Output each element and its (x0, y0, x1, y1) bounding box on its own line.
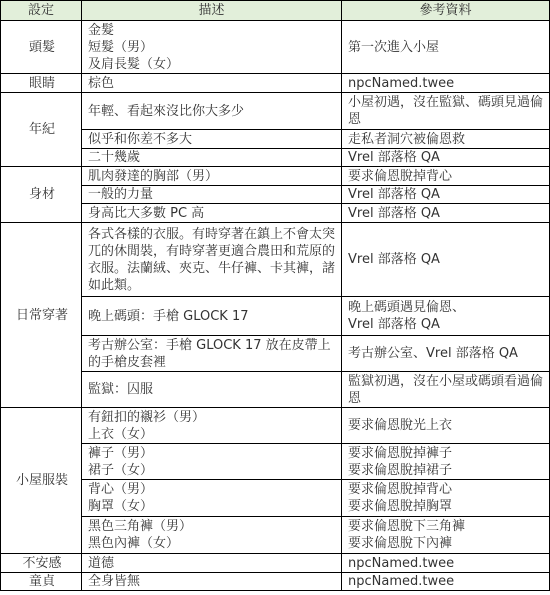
reference-cell: 要求倫恩脫下三角褲要求倫恩脫下內褲 (342, 517, 550, 554)
reference-line: 要求倫恩脫掉背心 (348, 481, 545, 498)
setting-cell: 小屋服裝 (1, 408, 82, 554)
description-line: 上衣（女） (88, 426, 337, 443)
reference-line: Vrel 部落格 QA (348, 205, 545, 222)
header-description: 描述 (82, 1, 342, 21)
description-line: 肌肉發達的胸部（男） (88, 168, 337, 185)
description-cell: 道德 (82, 554, 342, 573)
reference-cell: 監獄初遇，沒在小屋或碼頭看過倫恩 (342, 372, 550, 408)
reference-cell: 要求倫恩脫掉褲子要求倫恩脫掉裙子 (342, 444, 550, 480)
reference-line: npcNamed.twee (348, 573, 545, 590)
reference-line: 要求倫恩脫掉褲子 (348, 445, 545, 462)
reference-line: 要求倫恩脫掉背心 (348, 168, 545, 185)
reference-cell: 小屋初遇，沒在監獄、碼頭見過倫恩 (342, 93, 550, 130)
header-reference: 參考資料 (342, 1, 550, 21)
setting-cell: 頭髮 (1, 21, 82, 74)
description-cell: 褲子（男）裙子（女） (82, 444, 342, 480)
table-row: 黑色三角褲（男）黑色內褲（女）要求倫恩脫下三角褲要求倫恩脫下內褲 (1, 517, 550, 554)
reference-cell: Vrel 部落格 QA (342, 186, 550, 204)
description-line: 各式各樣的衣服。有時穿著在鎮上不會太突兀的休閒裝，有時穿著更適合農田和荒原的衣服… (88, 226, 337, 294)
description-line: 黑色內褲（女） (88, 535, 337, 552)
setting-cell: 眼睛 (1, 74, 82, 93)
reference-line: 要求倫恩脫掉裙子 (348, 462, 545, 479)
description-cell: 年輕、看起來沒比你大多少 (82, 93, 342, 130)
description-line: 胸罩（女） (88, 498, 337, 515)
reference-cell: npcNamed.twee (342, 573, 550, 591)
table-row: 身材肌肉發達的胸部（男）要求倫恩脫掉背心 (1, 167, 550, 186)
description-cell: 全身皆無 (82, 573, 342, 591)
table-row: 二十幾歲Vrel 部落格 QA (1, 149, 550, 167)
table-body: 頭髮金髮短髮（男）及肩長髮（女）第一次進入小屋眼睛棕色npcNamed.twee… (1, 21, 550, 591)
description-line: 金髮 (88, 22, 337, 39)
table-row: 褲子（男）裙子（女）要求倫恩脫掉褲子要求倫恩脫掉裙子 (1, 444, 550, 480)
description-line: 有鈕扣的襯衫（男） (88, 409, 337, 426)
reference-line: Vrel 部落格 QA (348, 186, 545, 203)
description-line: 棕色 (88, 75, 337, 92)
reference-line: 監獄初遇，沒在小屋或碼頭看過倫恩 (348, 373, 545, 407)
reference-line: 第一次進入小屋 (348, 39, 545, 56)
header-setting: 設定 (1, 1, 82, 21)
description-cell: 有鈕扣的襯衫（男）上衣（女） (82, 408, 342, 444)
reference-line: 要求倫恩脫下內褲 (348, 535, 545, 552)
table-row: 監獄：囚服監獄初遇，沒在小屋或碼頭看過倫恩 (1, 372, 550, 408)
character-settings-table: 設定 描述 參考資料 頭髮金髮短髮（男）及肩長髮（女）第一次進入小屋眼睛棕色np… (0, 0, 550, 591)
reference-cell: 走私者洞穴被倫恩救 (342, 130, 550, 149)
setting-cell: 不安感 (1, 554, 82, 573)
table-row: 年紀年輕、看起來沒比你大多少小屋初遇，沒在監獄、碼頭見過倫恩 (1, 93, 550, 130)
table-row: 背心（男）胸罩（女）要求倫恩脫掉背心要求倫恩脫掉胸罩 (1, 480, 550, 517)
header-row: 設定 描述 參考資料 (1, 1, 550, 21)
description-line: 似乎和你差不多大 (88, 131, 337, 148)
reference-cell: 晚上碼頭遇見倫恩、Vrel 部落格 QA (342, 297, 550, 336)
reference-line: 要求倫恩脫下三角褲 (348, 518, 545, 535)
reference-line: 走私者洞穴被倫恩救 (348, 131, 545, 148)
description-line: 晚上碼頭：手槍 GLOCK 17 (88, 308, 337, 325)
table-row: 眼睛棕色npcNamed.twee (1, 74, 550, 93)
table-row: 童貞全身皆無npcNamed.twee (1, 573, 550, 591)
description-cell: 金髮短髮（男）及肩長髮（女） (82, 21, 342, 74)
description-cell: 棕色 (82, 74, 342, 93)
description-cell: 肌肉發達的胸部（男） (82, 167, 342, 186)
description-line: 道德 (88, 555, 337, 572)
description-line: 褲子（男） (88, 445, 337, 462)
description-line: 短髮（男） (88, 39, 337, 56)
description-cell: 考古辦公室：手槍 GLOCK 17 放在皮帶上的手槍皮套裡 (82, 336, 342, 372)
description-cell: 身高比大多數 PC 高 (82, 204, 342, 223)
reference-line: npcNamed.twee (348, 75, 545, 92)
reference-line: 要求倫恩脫光上衣 (348, 417, 545, 434)
table-row: 頭髮金髮短髮（男）及肩長髮（女）第一次進入小屋 (1, 21, 550, 74)
description-line: 及肩長髮（女） (88, 56, 337, 73)
description-line: 身高比大多數 PC 高 (88, 205, 337, 222)
table-row: 身高比大多數 PC 高Vrel 部落格 QA (1, 204, 550, 223)
reference-cell: npcNamed.twee (342, 74, 550, 93)
setting-cell: 年紀 (1, 93, 82, 167)
description-line: 考古辦公室：手槍 GLOCK 17 放在皮帶上的手槍皮套裡 (88, 337, 337, 371)
table-row: 晚上碼頭：手槍 GLOCK 17晚上碼頭遇見倫恩、Vrel 部落格 QA (1, 297, 550, 336)
reference-cell: 考古辦公室、Vrel 部落格 QA (342, 336, 550, 372)
reference-line: Vrel 部落格 QA (348, 316, 545, 333)
description-line: 監獄：囚服 (88, 381, 337, 398)
reference-cell: 要求倫恩脫掉背心要求倫恩脫掉胸罩 (342, 480, 550, 517)
description-line: 二十幾歲 (88, 149, 337, 166)
description-cell: 一般的力量 (82, 186, 342, 204)
description-line: 背心（男） (88, 481, 337, 498)
table-row: 小屋服裝有鈕扣的襯衫（男）上衣（女）要求倫恩脫光上衣 (1, 408, 550, 444)
description-cell: 監獄：囚服 (82, 372, 342, 408)
setting-cell: 童貞 (1, 573, 82, 591)
description-cell: 背心（男）胸罩（女） (82, 480, 342, 517)
reference-line: npcNamed.twee (348, 555, 545, 572)
description-line: 裙子（女） (88, 462, 337, 479)
table-row: 考古辦公室：手槍 GLOCK 17 放在皮帶上的手槍皮套裡考古辦公室、Vrel … (1, 336, 550, 372)
table-row: 不安感道德npcNamed.twee (1, 554, 550, 573)
setting-cell: 日常穿著 (1, 223, 82, 408)
description-line: 一般的力量 (88, 186, 337, 203)
reference-line: Vrel 部落格 QA (348, 149, 545, 166)
reference-cell: Vrel 部落格 QA (342, 149, 550, 167)
reference-cell: 要求倫恩脫光上衣 (342, 408, 550, 444)
table-row: 日常穿著各式各樣的衣服。有時穿著在鎮上不會太突兀的休閒裝，有時穿著更適合農田和荒… (1, 223, 550, 297)
reference-line: 晚上碼頭遇見倫恩、 (348, 299, 545, 316)
table-row: 一般的力量Vrel 部落格 QA (1, 186, 550, 204)
setting-cell: 身材 (1, 167, 82, 223)
description-line: 全身皆無 (88, 573, 337, 590)
description-cell: 各式各樣的衣服。有時穿著在鎮上不會太突兀的休閒裝，有時穿著更適合農田和荒原的衣服… (82, 223, 342, 297)
reference-line: 考古辦公室、Vrel 部落格 QA (348, 345, 545, 362)
description-cell: 二十幾歲 (82, 149, 342, 167)
reference-cell: Vrel 部落格 QA (342, 204, 550, 223)
reference-line: Vrel 部落格 QA (348, 251, 545, 268)
reference-cell: Vrel 部落格 QA (342, 223, 550, 297)
reference-line: 小屋初遇，沒在監獄、碼頭見過倫恩 (348, 94, 545, 128)
description-cell: 似乎和你差不多大 (82, 130, 342, 149)
description-line: 黑色三角褲（男） (88, 518, 337, 535)
reference-line: 要求倫恩脫掉胸罩 (348, 498, 545, 515)
description-cell: 晚上碼頭：手槍 GLOCK 17 (82, 297, 342, 336)
reference-cell: npcNamed.twee (342, 554, 550, 573)
table-row: 似乎和你差不多大走私者洞穴被倫恩救 (1, 130, 550, 149)
description-line: 年輕、看起來沒比你大多少 (88, 103, 337, 120)
description-cell: 黑色三角褲（男）黑色內褲（女） (82, 517, 342, 554)
reference-cell: 要求倫恩脫掉背心 (342, 167, 550, 186)
reference-cell: 第一次進入小屋 (342, 21, 550, 74)
